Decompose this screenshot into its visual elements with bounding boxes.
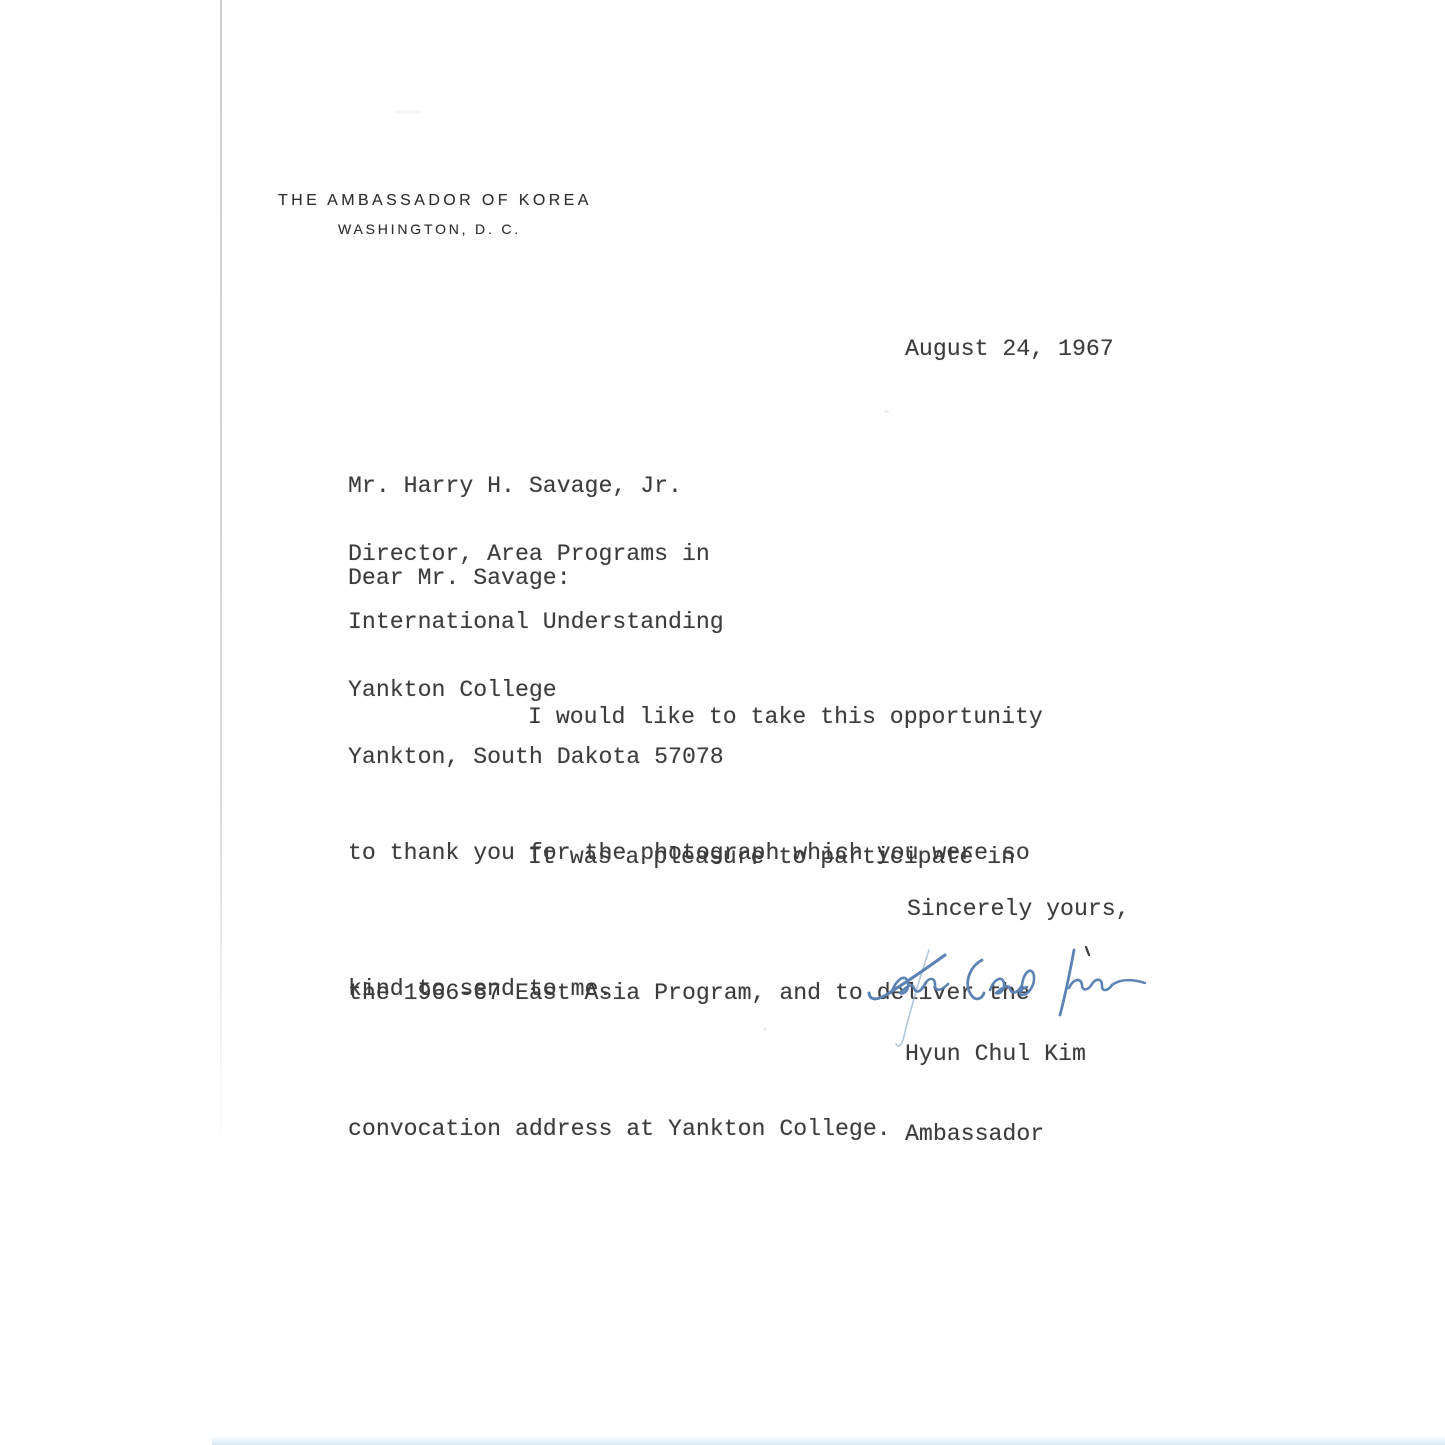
body-line: It was a pleasure to participate in — [348, 835, 1030, 880]
letterhead-city: WASHINGTON, D. C. — [338, 221, 521, 237]
body-line: I would like to take this opportunity — [348, 695, 1043, 740]
salutation: Dear Mr. Savage: — [348, 567, 571, 590]
scan-speck — [884, 410, 889, 413]
letterhead-office: THE AMBASSADOR OF KOREA — [278, 192, 592, 210]
date-line: August 24, 1967 — [905, 338, 1114, 361]
typed-title: Ambassador — [905, 1121, 1086, 1148]
signature-block: Hyun Chul Kim Ambassador — [905, 988, 1086, 1200]
scan-speck — [394, 110, 420, 114]
scan-bottom-edge — [212, 1435, 1445, 1445]
typed-name: Hyun Chul Kim — [905, 1041, 1086, 1068]
address-line-title: Director, Area Programs in — [348, 543, 724, 566]
address-line-name: Mr. Harry H. Savage, Jr. — [348, 475, 724, 498]
closing-line: Sincerely yours, — [907, 898, 1130, 921]
signature-tick-mark — [1086, 947, 1089, 955]
paper-left-edge — [220, 0, 222, 1150]
scanned-letter-sheet: THE AMBASSADOR OF KOREA WASHINGTON, D. C… — [0, 0, 1445, 1445]
